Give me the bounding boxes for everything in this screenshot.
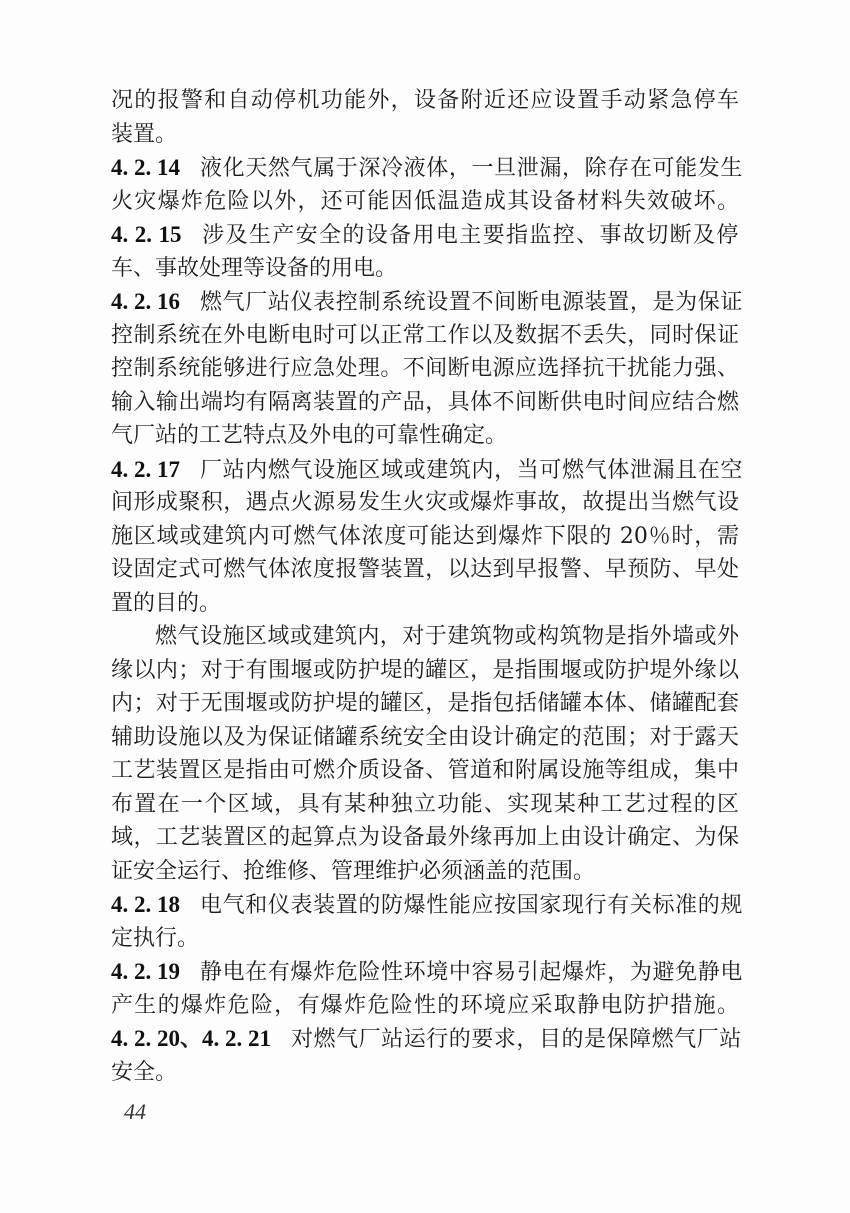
clause-number: 4. 2. 17 xyxy=(111,457,180,482)
text-line: 布置在一个区域，具有某种独立功能、实现某种工艺过程的区 xyxy=(111,788,739,822)
text-line: 车、事故处理等设备的用电。 xyxy=(111,252,739,286)
line-text: 液化天然气属于深冷液体，一旦泄漏，除存在可能发生 xyxy=(200,156,743,181)
clause-4-2-17: 4. 2. 17厂站内燃气设施区域或建筑内，当可燃气体泄漏且在空 xyxy=(111,453,739,487)
text-line: 况的报警和自动停机功能外，设备附近还应设置手动紧急停车 xyxy=(111,84,739,118)
body-text: 况的报警和自动停机功能外，设备附近还应设置手动紧急停车 装置。 4. 2. 14… xyxy=(111,84,739,1089)
text-line: 辅助设施以及为保证储罐系统安全由设计确定的范围；对于露天 xyxy=(111,721,739,755)
clause-separator: 、 xyxy=(180,1026,202,1052)
clause-number: 4. 2. 19 xyxy=(111,959,180,984)
clause-4-2-14: 4. 2. 14液化天然气属于深冷液体，一旦泄漏，除存在可能发生 xyxy=(111,151,739,185)
line-text: 产生的爆炸危险，有爆炸危险性的环境应采取静电防护措施。 xyxy=(111,993,739,1018)
clause-4-2-19: 4. 2. 19静电在有爆炸危险性环境中容易引起爆炸，为避免静电 xyxy=(111,955,739,989)
line-text: 施区域或建筑内可燃气体浓度可能达到爆炸下限的 20％时，需 xyxy=(111,524,739,549)
text-line: 输入输出端均有隔离装置的产品，具体不间断供电时间应结合燃 xyxy=(111,386,739,420)
line-text: 装置。 xyxy=(111,122,177,147)
clause-number-2: 4. 2. 21 xyxy=(202,1026,271,1051)
clause-4-2-16: 4. 2. 16燃气厂站仪表控制系统设置不间断电源装置，是为保证 xyxy=(111,285,739,319)
clause-4-2-20-21: 4. 2. 20、4. 2. 21对燃气厂站运行的要求，目的是保障燃气厂站 xyxy=(111,1022,739,1056)
line-text: 安全。 xyxy=(111,1060,177,1085)
text-line: 设固定式可燃气体浓度报警装置，以达到早报警、早预防、早处 xyxy=(111,553,739,587)
line-text: 布置在一个区域，具有某种独立功能、实现某种工艺过程的区 xyxy=(111,792,739,817)
line-text: 燃气厂站仪表控制系统设置不间断电源装置，是为保证 xyxy=(200,290,743,315)
line-text: 对燃气厂站运行的要求，目的是保障燃气厂站 xyxy=(291,1027,742,1052)
clause-number: 4. 2. 20 xyxy=(111,1026,180,1051)
text-line: 定执行。 xyxy=(111,922,739,956)
line-text: 况的报警和自动停机功能外，设备附近还应设置手动紧急停车 xyxy=(111,88,739,113)
clause-number: 4. 2. 16 xyxy=(111,289,180,314)
text-line: 证安全运行、抢维修、管理维护必须涵盖的范围。 xyxy=(111,855,739,889)
clause-number: 4. 2. 14 xyxy=(111,155,180,180)
line-text: 控制系统能够进行应急处理。不间断电源应选择抗干扰能力强、 xyxy=(111,356,739,381)
line-text: 气厂站的工艺特点及外电的可靠性确定。 xyxy=(111,423,507,448)
clause-4-2-15: 4. 2. 15涉及生产安全的设备用电主要指监控、事故切断及停 xyxy=(111,218,739,252)
line-text: 域，工艺装置区的起算点为设备最外缘再加上由设计确定、为保 xyxy=(111,825,739,850)
text-line: 缘以内；对于有围堰或防护堤的罐区，是指围堰或防护堤外缘以 xyxy=(111,654,739,688)
line-text: 定执行。 xyxy=(111,926,199,951)
text-line: 安全。 xyxy=(111,1056,739,1090)
clause-number: 4. 2. 15 xyxy=(111,222,181,247)
clause-4-2-18: 4. 2. 18电气和仪表装置的防爆性能应按国家现行有关标准的规 xyxy=(111,888,739,922)
text-line: 装置。 xyxy=(111,118,739,152)
line-text: 证安全运行、抢维修、管理维护必须涵盖的范围。 xyxy=(111,859,595,884)
line-text: 缘以内；对于有围堰或防护堤的罐区，是指围堰或防护堤外缘以 xyxy=(111,658,739,683)
paragraph-first-line: 燃气设施区域或建筑内，对于建筑物或构筑物是指外墙或外 xyxy=(111,620,739,654)
page-number: 44 xyxy=(124,1099,146,1125)
line-text: 厂站内燃气设施区域或建筑内，当可燃气体泄漏且在空 xyxy=(200,458,743,483)
text-line: 控制系统能够进行应急处理。不间断电源应选择抗干扰能力强、 xyxy=(111,352,739,386)
line-text: 间形成聚积，遇点火源易发生火灾或爆炸事故，故提出当燃气设 xyxy=(111,490,739,515)
line-text: 电气和仪表装置的防爆性能应按国家现行有关标准的规 xyxy=(200,893,743,918)
line-text: 车、事故处理等设备的用电。 xyxy=(111,256,397,281)
clause-number: 4. 2. 18 xyxy=(111,892,180,917)
text-line: 火灾爆炸危险以外，还可能因低温造成其设备材料失效破坏。 xyxy=(111,185,739,219)
text-line: 域，工艺装置区的起算点为设备最外缘再加上由设计确定、为保 xyxy=(111,821,739,855)
line-text: 辅助设施以及为保证储罐系统安全由设计确定的范围；对于露天 xyxy=(111,725,739,750)
text-line: 工艺装置区是指由可燃介质设备、管道和附属设施等组成，集中 xyxy=(111,754,739,788)
text-line: 气厂站的工艺特点及外电的可靠性确定。 xyxy=(111,419,739,453)
line-text: 输入输出端均有隔离装置的产品，具体不间断供电时间应结合燃 xyxy=(111,390,739,415)
line-text: 火灾爆炸危险以外，还可能因低温造成其设备材料失效破坏。 xyxy=(111,189,739,214)
line-text: 置的目的。 xyxy=(111,591,221,616)
text-line: 置的目的。 xyxy=(111,587,739,621)
line-text: 设固定式可燃气体浓度报警装置，以达到早报警、早预防、早处 xyxy=(111,557,739,582)
line-text: 静电在有爆炸危险性环境中容易引起爆炸，为避免静电 xyxy=(200,960,743,985)
text-line: 施区域或建筑内可燃气体浓度可能达到爆炸下限的 20％时，需 xyxy=(111,520,739,554)
line-text: 涉及生产安全的设备用电主要指监控、事故切断及停 xyxy=(201,223,739,248)
text-line: 间形成聚积，遇点火源易发生火灾或爆炸事故，故提出当燃气设 xyxy=(111,486,739,520)
text-line: 内；对于无围堰或防护堤的罐区，是指包括储罐本体、储罐配套 xyxy=(111,687,739,721)
line-text: 控制系统在外电断电时可以正常工作以及数据不丢失，同时保证 xyxy=(111,323,739,348)
document-page: 况的报警和自动停机功能外，设备附近还应设置手动紧急停车 装置。 4. 2. 14… xyxy=(0,0,850,1213)
text-line: 产生的爆炸危险，有爆炸危险性的环境应采取静电防护措施。 xyxy=(111,989,739,1023)
line-text: 燃气设施区域或建筑内，对于建筑物或构筑物是指外墙或外 xyxy=(155,624,739,649)
line-text: 内；对于无围堰或防护堤的罐区，是指包括储罐本体、储罐配套 xyxy=(111,691,739,716)
text-line: 控制系统在外电断电时可以正常工作以及数据不丢失，同时保证 xyxy=(111,319,739,353)
line-text: 工艺装置区是指由可燃介质设备、管道和附属设施等组成，集中 xyxy=(111,758,739,783)
